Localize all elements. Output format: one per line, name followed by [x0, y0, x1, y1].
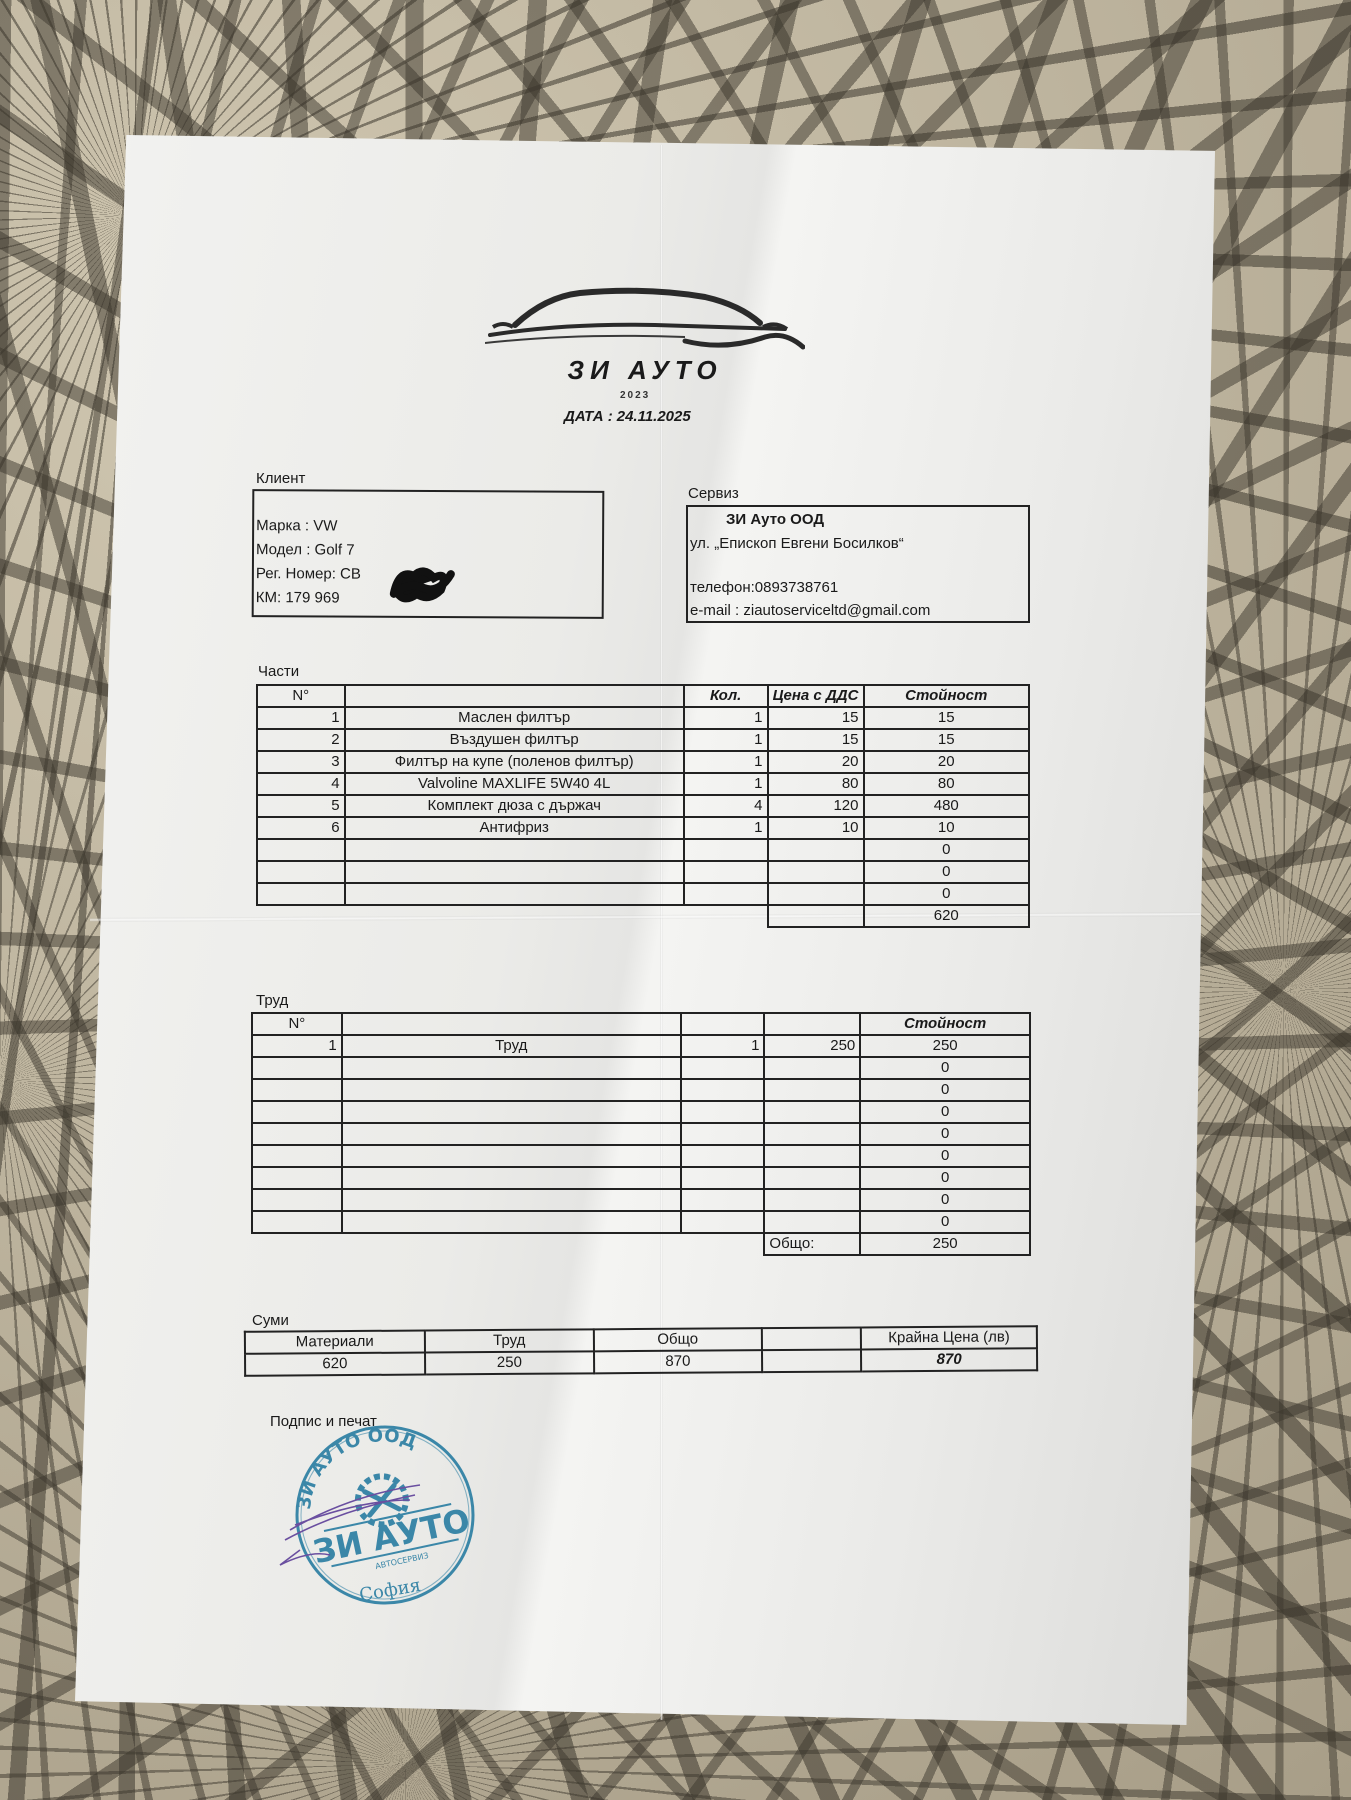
row-price: 15: [768, 729, 864, 751]
row-name: Въздушен филтър: [345, 729, 684, 751]
row-value: 250: [860, 1035, 1030, 1057]
row-no: [257, 883, 345, 905]
spacer: [684, 905, 768, 927]
sums-value: 620: [245, 1353, 425, 1376]
row-qty: 1: [684, 729, 768, 751]
sums-col-header: Крайна Цена (лв): [861, 1326, 1037, 1349]
service-box: ЗИ Ауто ООД ул. „Епископ Евгени Босилков…: [686, 505, 1030, 623]
total-value: 620: [864, 905, 1030, 927]
row-value: 480: [864, 795, 1030, 817]
row-qty: [681, 1101, 765, 1123]
row-price: 20: [768, 751, 864, 773]
row-name: Антифриз: [345, 817, 684, 839]
service-company: ЗИ Ауто ООД: [726, 511, 824, 528]
table-row: 0: [257, 839, 1029, 861]
col-header-price: Цена с ДДС: [768, 685, 864, 707]
row-name: [342, 1167, 681, 1189]
phone-label: телефон:: [690, 579, 755, 596]
table-row: 0: [252, 1057, 1030, 1079]
row-value: 15: [864, 707, 1030, 729]
row-name: [342, 1145, 681, 1167]
km-label: КМ:: [256, 589, 281, 606]
sums-value: [762, 1349, 862, 1372]
col-header-qty: [681, 1013, 765, 1035]
spacer: [252, 1233, 342, 1255]
sums-value: 250: [425, 1351, 595, 1374]
row-no: [257, 861, 345, 883]
row-qty: [681, 1189, 765, 1211]
sums-col-header: [761, 1327, 861, 1350]
row-no: 6: [257, 817, 345, 839]
row-value: 0: [860, 1189, 1030, 1211]
row-price: [768, 839, 864, 861]
row-price: 80: [768, 773, 864, 795]
table-row: 4Valvoline MAXLIFE 5W40 4L18080: [257, 773, 1029, 795]
row-qty: [684, 839, 768, 861]
row-value: 80: [864, 773, 1030, 795]
sums-col-header: Материали: [245, 1331, 425, 1354]
client-box: Марка : VW Модел : Golf 7 Рег. Номер: СВ…: [252, 489, 605, 619]
invoice-document: ЗИ АУТО 2023 ДАТА :24.11.2025 Клиент Мар…: [0, 0, 1351, 1800]
row-value: 0: [864, 839, 1030, 861]
col-header-no: N°: [257, 685, 345, 707]
sums-section-label: Суми: [252, 1312, 289, 1329]
row-no: 4: [257, 773, 345, 795]
sums-table: МатериалиТрудОбщоКрайна Цена (лв)6202508…: [244, 1325, 1038, 1377]
table-row: 0: [252, 1211, 1030, 1233]
row-name: [342, 1057, 681, 1079]
row-price: [764, 1145, 860, 1167]
row-no: [257, 839, 345, 861]
row-no: 2: [257, 729, 345, 751]
row-value: 0: [860, 1101, 1030, 1123]
row-price: 120: [768, 795, 864, 817]
row-price: [764, 1123, 860, 1145]
row-no: [252, 1101, 342, 1123]
row-no: 1: [252, 1035, 342, 1057]
row-price: [764, 1101, 860, 1123]
table-row: 1Маслен филтър11515: [257, 707, 1029, 729]
km-value: 179 969: [285, 589, 339, 606]
make-label: Марка :: [256, 517, 309, 534]
model-label: Модел :: [256, 541, 310, 558]
row-name: [345, 861, 684, 883]
invoice-date: ДАТА :24.11.2025: [560, 408, 691, 425]
col-header-value: Стойност: [860, 1013, 1030, 1035]
parts-section-label: Части: [258, 663, 299, 680]
row-no: [252, 1211, 342, 1233]
row-value: 0: [860, 1167, 1030, 1189]
row-qty: [681, 1123, 765, 1145]
row-name: [342, 1101, 681, 1123]
row-name: [345, 883, 684, 905]
make-value: VW: [313, 517, 337, 534]
row-no: [252, 1123, 342, 1145]
sums-values-row: 620250870870: [245, 1348, 1037, 1376]
row-qty: [681, 1079, 765, 1101]
client-make: Марка : VW: [256, 517, 337, 534]
row-name: Труд: [342, 1035, 681, 1057]
row-no: 1: [257, 707, 345, 729]
table-row: 0: [257, 861, 1029, 883]
row-price: [764, 1057, 860, 1079]
phone-value: 0893738761: [755, 579, 838, 596]
total-label: [768, 905, 864, 927]
table-row: 0: [252, 1189, 1030, 1211]
table-row: 3Филтър на купе (поленов филтър)12020: [257, 751, 1029, 773]
date-value: 24.11.2025: [617, 408, 691, 425]
row-value: 0: [864, 883, 1030, 905]
date-label: ДАТА :: [564, 408, 613, 425]
row-value: 0: [860, 1211, 1030, 1233]
brand-year: 2023: [620, 390, 650, 401]
client-section-label: Клиент: [256, 470, 305, 487]
client-km: КМ: 179 969: [256, 589, 340, 606]
row-value: 0: [860, 1057, 1030, 1079]
table-row: 0: [257, 883, 1029, 905]
row-price: 250: [764, 1035, 860, 1057]
spacer: [342, 1233, 681, 1255]
brand-title: ЗИ АУТО: [540, 355, 750, 386]
labor-total-row: Общо:250: [252, 1233, 1030, 1255]
row-name: [342, 1079, 681, 1101]
row-qty: [681, 1211, 765, 1233]
table-row: 1Труд1250250: [252, 1035, 1030, 1057]
row-qty: 4: [684, 795, 768, 817]
row-price: [764, 1189, 860, 1211]
redaction-scribble-icon: [389, 564, 459, 604]
row-no: [252, 1079, 342, 1101]
final-price-value: 870: [861, 1348, 1037, 1371]
row-value: 0: [864, 861, 1030, 883]
parts-total-row: 620: [257, 905, 1029, 927]
row-price: 15: [768, 707, 864, 729]
row-no: [252, 1057, 342, 1079]
email-label: e-mail :: [690, 602, 739, 619]
row-name: Филтър на купе (поленов филтър): [345, 751, 684, 773]
row-qty: 1: [684, 751, 768, 773]
client-reg-number: Рег. Номер: СВ: [256, 565, 361, 583]
row-name: [342, 1189, 681, 1211]
client-model: Модел : Golf 7: [256, 541, 355, 559]
row-name: Маслен филтър: [345, 707, 684, 729]
service-phone: телефон:0893738761: [690, 579, 838, 596]
sums-col-header: Труд: [424, 1329, 594, 1352]
table-row: 6Антифриз11010: [257, 817, 1029, 839]
spacer: [257, 905, 345, 927]
row-qty: [684, 861, 768, 883]
col-header-name: [342, 1013, 681, 1035]
row-no: 3: [257, 751, 345, 773]
col-header-price: [764, 1013, 860, 1035]
reg-label: Рег. Номер:: [256, 565, 336, 582]
table-row: 0: [252, 1145, 1030, 1167]
sums-value: 870: [594, 1350, 762, 1373]
labor-section-label: Труд: [256, 992, 288, 1009]
row-value: 0: [860, 1123, 1030, 1145]
model-value: Golf 7: [315, 541, 355, 558]
row-qty: [684, 883, 768, 905]
row-value: 15: [864, 729, 1030, 751]
row-qty: 1: [684, 817, 768, 839]
parts-header-row: N°Кол.Цена с ДДССтойност: [257, 685, 1029, 707]
row-qty: 1: [684, 773, 768, 795]
service-address: ул. „Епископ Евгени Босилков“: [690, 535, 904, 552]
row-qty: [681, 1145, 765, 1167]
email-value: ziautoserviceltd@gmail.com: [743, 602, 930, 619]
row-qty: 1: [684, 707, 768, 729]
service-email: e-mail : ziautoserviceltd@gmail.com: [690, 602, 930, 619]
total-value: 250: [860, 1233, 1030, 1255]
service-section-label: Сервиз: [688, 485, 739, 502]
table-row: 0: [252, 1101, 1030, 1123]
row-no: [252, 1167, 342, 1189]
row-qty: 1: [681, 1035, 765, 1057]
table-row: 0: [252, 1123, 1030, 1145]
row-price: 10: [768, 817, 864, 839]
labor-header-row: N°Стойност: [252, 1013, 1030, 1035]
col-header-value: Стойност: [864, 685, 1030, 707]
row-no: 5: [257, 795, 345, 817]
labor-table: N°Стойност1Труд125025000000000Общо:250: [251, 1012, 1031, 1256]
row-value: 0: [860, 1079, 1030, 1101]
reg-value: СВ: [340, 566, 361, 583]
row-value: 0: [860, 1145, 1030, 1167]
row-name: Комплект дюза с държач: [345, 795, 684, 817]
total-label: Общо:: [764, 1233, 860, 1255]
row-no: [252, 1145, 342, 1167]
row-name: [342, 1123, 681, 1145]
row-no: [252, 1189, 342, 1211]
table-row: 2Въздушен филтър11515: [257, 729, 1029, 751]
company-stamp-icon: ЗИ АУТО ООД ЗИ АУТО АВТОСЕРВИЗ София: [270, 1400, 490, 1610]
row-name: Valvoline MAXLIFE 5W40 4L: [345, 773, 684, 795]
table-row: 0: [252, 1167, 1030, 1189]
row-price: [768, 883, 864, 905]
parts-table: N°Кол.Цена с ДДССтойност1Маслен филтър11…: [256, 684, 1030, 928]
row-value: 20: [864, 751, 1030, 773]
spacer: [681, 1233, 765, 1255]
col-header-name: [345, 685, 684, 707]
table-row: 5Комплект дюза с държач4120480: [257, 795, 1029, 817]
row-name: [345, 839, 684, 861]
row-value: 10: [864, 817, 1030, 839]
car-logo-icon: [485, 285, 805, 355]
col-header-qty: Кол.: [684, 685, 768, 707]
row-price: [764, 1167, 860, 1189]
row-price: [764, 1211, 860, 1233]
row-qty: [681, 1057, 765, 1079]
table-row: 0: [252, 1079, 1030, 1101]
row-qty: [681, 1167, 765, 1189]
spacer: [345, 905, 684, 927]
row-price: [768, 861, 864, 883]
row-price: [764, 1079, 860, 1101]
col-header-no: N°: [252, 1013, 342, 1035]
row-name: [342, 1211, 681, 1233]
sums-col-header: Общо: [594, 1328, 762, 1351]
